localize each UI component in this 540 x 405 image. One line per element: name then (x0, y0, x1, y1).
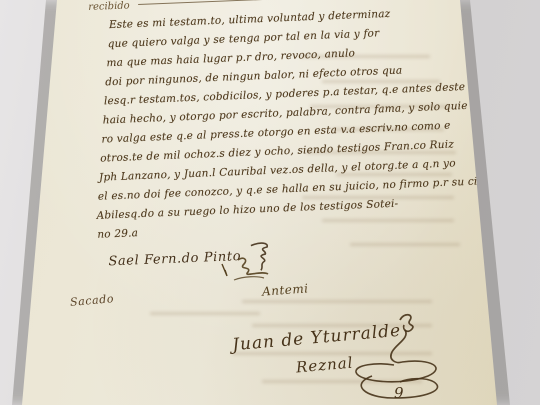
verso-showthrough-line (242, 300, 432, 303)
manuscript-paper: recibido 10 Este es mi testam.to, ultima… (0, 0, 540, 405)
manuscript-text-block: recibido 10 Este es mi testam.to, ultima… (88, 0, 489, 278)
attestation: Antemi (262, 281, 309, 298)
header-rule-line (138, 0, 386, 5)
notary-rubric-flourish-icon: 9 (342, 310, 452, 405)
verso-showthrough-line (150, 312, 260, 315)
flourish-number: 9 (394, 384, 404, 402)
manuscript-photo: recibido 10 Este es mi testam.to, ultima… (0, 0, 540, 405)
margin-note: Sacado (70, 292, 115, 309)
manuscript-lines: Este es mi testam.to, ultima voluntad y … (89, 1, 488, 244)
header-word: recibido (88, 0, 130, 14)
